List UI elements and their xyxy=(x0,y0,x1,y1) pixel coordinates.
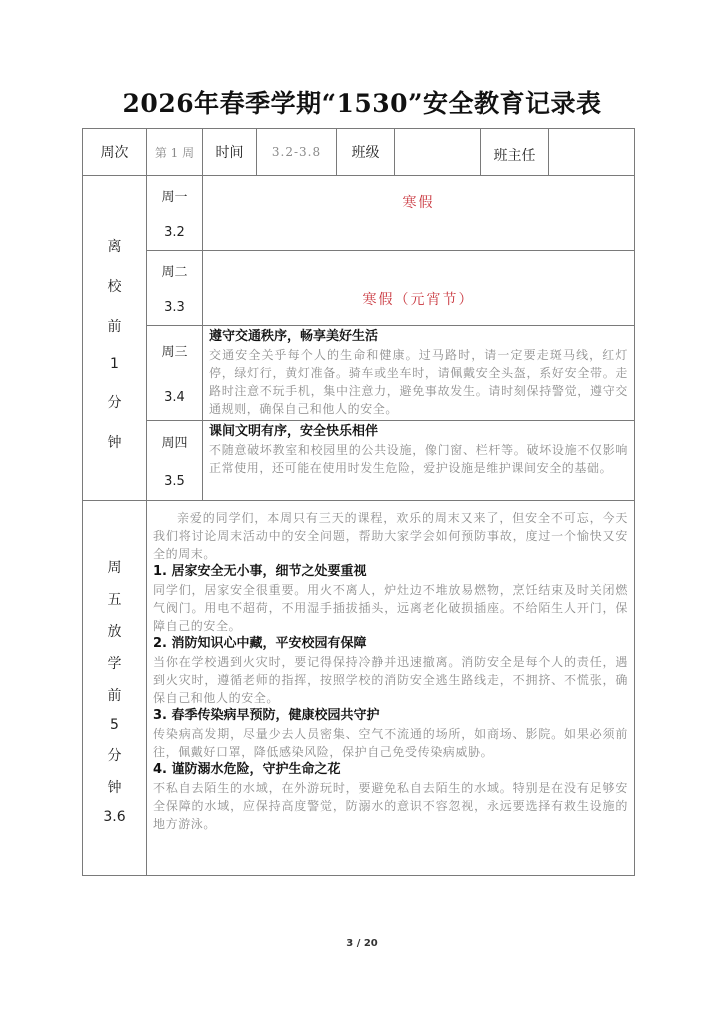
day-cell-monday: 周一 3.2 xyxy=(146,175,203,251)
week-value: 第 1 周 xyxy=(146,128,203,176)
label-char: 学 xyxy=(108,653,122,673)
topic-title: 4. 谨防溺水危险，守护生命之花 xyxy=(153,761,628,779)
label-char: 校 xyxy=(108,276,122,296)
label-char: 5 xyxy=(110,717,119,733)
content-cell-monday: 寒假 xyxy=(202,175,635,251)
class-field[interactable] xyxy=(394,128,481,176)
label-char: 前 xyxy=(108,685,122,705)
label-char: 1 xyxy=(110,356,119,372)
day-name: 周四 xyxy=(161,432,187,451)
label-char: 分 xyxy=(108,392,122,412)
week-label: 周次 xyxy=(82,128,147,176)
topic-text: 不随意破坏教室和校园里的公共设施，像门窗、栏杆等。破坏设施不仅影响正常使用，还可… xyxy=(209,441,628,477)
topic-text: 不私自去陌生的水域，在外游玩时，要避免私自去陌生的水域。特别是在没有足够安全保障… xyxy=(153,779,628,833)
day-date: 3.2 xyxy=(164,225,185,240)
day-name: 周三 xyxy=(161,341,187,360)
page-indicator: 3 / 20 xyxy=(0,938,724,949)
topic-title: 2. 消防知识心中藏，平安校园有保障 xyxy=(153,635,628,653)
day-date: 3.5 xyxy=(164,474,185,489)
label-char: 分 xyxy=(108,745,122,765)
day-date: 3.4 xyxy=(164,390,185,405)
topic-title: 遵守交通秩序，畅享美好生活 xyxy=(209,328,628,346)
topic-title: 课间文明有序，安全快乐相伴 xyxy=(209,423,628,441)
day-name: 周二 xyxy=(161,261,187,280)
label-char: 钟 xyxy=(108,777,122,797)
time-label: 时间 xyxy=(202,128,257,176)
document-title: 2026年春季学期“1530”安全教育记录表 xyxy=(0,84,724,120)
day-cell-wednesday: 周三 3.4 xyxy=(146,325,203,421)
topic-text: 当你在学校遇到火灾时，要记得保持冷静并迅速撤离。消防安全是每个人的责任，遇到火灾… xyxy=(153,653,628,707)
content-cell-tuesday: 寒假（元宵节） xyxy=(202,250,635,326)
section-label-before-leave: 离 校 前 1 分 钟 xyxy=(82,175,147,501)
content-cell-thursday: 课间文明有序，安全快乐相伴 不随意破坏教室和校园里的公共设施，像门窗、栏杆等。破… xyxy=(202,420,635,501)
class-label: 班级 xyxy=(336,128,395,176)
topic-title: 3. 春季传染病早预防，健康校园共守护 xyxy=(153,707,628,725)
day-cell-tuesday: 周二 3.3 xyxy=(146,250,203,326)
label-char: 放 xyxy=(108,621,122,641)
topic-title: 1. 居家安全无小事，细节之处要重视 xyxy=(153,563,628,581)
topic-text: 交通安全关乎每个人的生命和健康。过马路时，请一定要走斑马线，红灯停，绿灯行，黄灯… xyxy=(209,346,628,418)
holiday-note: 寒假 xyxy=(203,192,634,212)
section-label-friday: 周 五 放 学 前 5 分 钟 3.6 xyxy=(82,500,147,876)
holiday-note: 寒假（元宵节） xyxy=(203,289,634,309)
label-char: 前 xyxy=(108,316,122,336)
day-name: 周一 xyxy=(161,186,187,205)
label-char: 离 xyxy=(108,236,122,256)
label-char: 五 xyxy=(108,589,122,609)
day-cell-thursday: 周四 3.5 xyxy=(146,420,203,501)
topic-text: 传染病高发期，尽量少去人员密集、空气不流通的场所，如商场、影院。如果必须前往，佩… xyxy=(153,725,628,761)
teacher-label: 班主任 xyxy=(480,128,549,176)
label-char: 钟 xyxy=(108,432,122,452)
content-cell-friday: 亲爱的同学们，本周只有三天的课程，欢乐的周末又来了，但安全不可忘，今天我们将讨论… xyxy=(146,500,635,876)
topic-text: 同学们，居家安全很重要。用火不离人，炉灶边不堆放易燃物，烹饪结束及时关闭燃气阀门… xyxy=(153,581,628,635)
label-char: 3.6 xyxy=(103,809,125,825)
friday-intro: 亲爱的同学们，本周只有三天的课程，欢乐的周末又来了，但安全不可忘，今天我们将讨论… xyxy=(153,509,628,563)
label-char: 周 xyxy=(108,557,122,577)
content-cell-wednesday: 遵守交通秩序，畅享美好生活 交通安全关乎每个人的生命和健康。过马路时，请一定要走… xyxy=(202,325,635,421)
teacher-field[interactable] xyxy=(548,128,635,176)
day-date: 3.3 xyxy=(164,300,185,315)
time-value: 3.2-3.8 xyxy=(256,128,337,176)
